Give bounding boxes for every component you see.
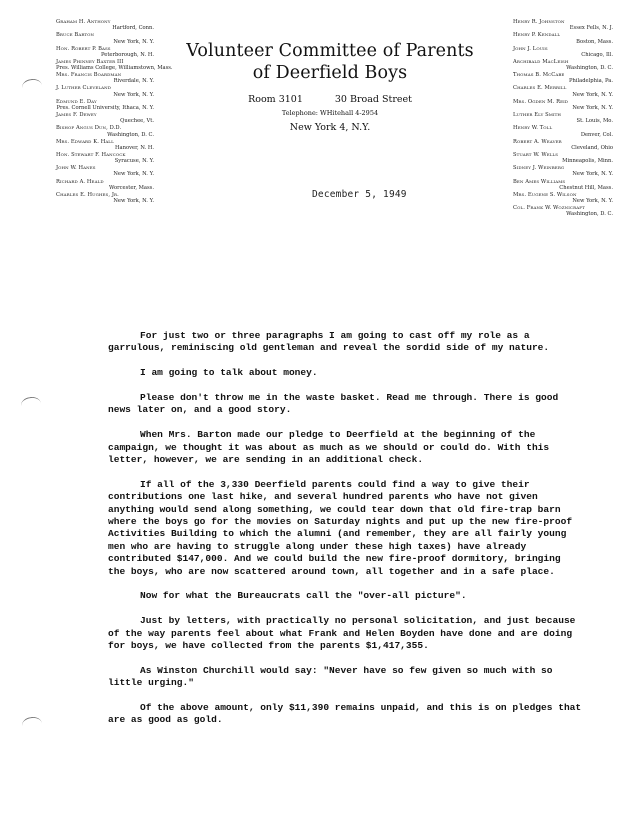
committee-member: John W. HanesNew York, N. Y. [56,165,154,177]
member-place: Boston, Mass. [513,39,613,45]
committee-member: Thomas B. McCabePhiladelphia, Pa. [513,72,613,84]
letterhead-telephone: Telephone: WHitehall 4-2954 [170,109,490,117]
member-place: Cleveland, Ohio [513,145,613,151]
committee-member: Mrs. Edward K. HallHanover, N. H. [56,139,154,151]
member-place: Quechee, Vt. [56,118,154,124]
body-paragraph: Please don't throw me in the waste baske… [108,392,583,417]
member-place: Washington, D. C. [513,65,613,71]
body-paragraph: For just two or three paragraphs I am go… [108,330,583,355]
member-place: Peterborough, N. H. [56,52,154,58]
member-place: Hanover, N. H. [56,145,154,151]
committee-member: J. Luther ClevelandNew York, N. Y. [56,85,154,97]
member-place: New York, N. Y. [513,171,613,177]
punch-hole-arc-top [21,78,43,96]
member-place: Washington, D. C. [56,132,154,138]
committee-member: Henry W. TollDenver, Col. [513,125,613,137]
committee-member: James Phinney Baxter IIIPres. Williams C… [56,59,154,71]
committee-member: Graham H. AnthonyHartford, Conn. [56,19,154,31]
committee-member: Col. Frank W. WoznicraftWashington, D. C… [513,205,613,217]
body-paragraph: I am going to talk about money. [108,367,583,379]
member-place: New York, N. Y. [56,171,154,177]
committee-member: James F. DeweyQuechee, Vt. [56,112,154,124]
body-paragraph: Of the above amount, only $11,390 remain… [108,702,583,727]
body-paragraph: As Winston Churchill would say: "Never h… [108,665,583,690]
committee-member: Archibald MacLeishWashington, D. C. [513,59,613,71]
member-place: Chestnut Hill, Mass. [513,185,613,191]
letterhead-city: New York 4, N.Y. [170,122,490,133]
member-place: New York, N. Y. [513,92,613,98]
body-paragraph: If all of the 3,330 Deerfield parents co… [108,479,583,578]
letterhead-room: Room 3101 [248,94,303,105]
member-place: New York, N. Y. [56,39,154,45]
body-paragraph: When Mrs. Barton made our pledge to Deer… [108,429,583,466]
letterhead-title-line-1: Volunteer Committee of Parents [170,40,490,62]
committee-member: Richard A. HealdWorcester, Mass. [56,179,154,191]
member-place: New York, N. Y. [56,198,154,204]
committee-member: Stuart W. WellsMinneapolis, Minn. [513,152,613,164]
member-place: St. Louis, Mo. [513,118,613,124]
member-place: Riverdale, N. Y. [56,78,154,84]
committee-member: John J. LouisChicago, Ill. [513,46,613,58]
committee-member: Hon. Robert P. BassPeterborough, N. H. [56,46,154,58]
member-place: Philadelphia, Pa. [513,78,613,84]
committee-member: Hon. Stewart F. HancockSyracuse, N. Y. [56,152,154,164]
committee-member: Mrs. Ogden M. ReidNew York, N. Y. [513,99,613,111]
committee-member: Henry P. KendallBoston, Mass. [513,32,613,44]
member-place: New York, N. Y. [513,198,613,204]
committee-member: Sidney J. WeinbergNew York, N. Y. [513,165,613,177]
punch-hole-arc-middle [20,396,42,414]
member-place: Pres. Williams College, Williamstown, Ma… [56,65,154,71]
body-paragraph: Now for what the Bureaucrats call the "o… [108,590,583,602]
committee-member: Robert A. WeaverCleveland, Ohio [513,139,613,151]
committee-member: Edmund E. DayPres. Cornell University, I… [56,99,154,111]
letterhead-street: 30 Broad Street [335,94,412,105]
member-place: Denver, Col. [513,132,613,138]
member-place: Washington, D. C. [513,211,613,217]
letter-page: Graham H. AnthonyHartford, Conn.Bruce Ba… [0,0,640,828]
committee-member: Charles E. Hughes, Jr.New York, N. Y. [56,192,154,204]
letter-date: December 5, 1949 [312,189,407,200]
member-place: Hartford, Conn. [56,25,154,31]
committee-member: Mrs. Eugene S. WilsonNew York, N. Y. [513,192,613,204]
committee-member: Mrs. Francis BoardmanRiverdale, N. Y. [56,72,154,84]
member-place: New York, N. Y. [56,92,154,98]
committee-member: Henry R. JohnstonEssex Fells, N. J. [513,19,613,31]
member-place: Chicago, Ill. [513,52,613,58]
committee-member: Ben Ames WilliamsChestnut Hill, Mass. [513,179,613,191]
committee-list-right: Henry R. JohnstonEssex Fells, N. J.Henry… [513,19,613,218]
member-place: New York, N. Y. [513,105,613,111]
committee-member: Bruce BartonNew York, N. Y. [56,32,154,44]
committee-member: Bishop Angus Dun, D.D.Washington, D. C. [56,125,154,137]
member-place: Syracuse, N. Y. [56,158,154,164]
member-place: Worcester, Mass. [56,185,154,191]
member-place: Essex Fells, N. J. [513,25,613,31]
letterhead-address-row: Room 3101 30 Broad Street [170,94,490,105]
letterhead-title-line-2: of Deerfield Boys [170,62,490,84]
committee-member: Luther Ely SmithSt. Louis, Mo. [513,112,613,124]
member-place: Pres. Cornell University, Ithaca, N. Y. [56,105,154,111]
letterhead: Volunteer Committee of Parents of Deerfi… [170,40,490,133]
committee-member: Charles E. MerrillNew York, N. Y. [513,85,613,97]
punch-hole-arc-bottom [21,716,43,734]
body-paragraph: Just by letters, with practically no per… [108,615,583,652]
member-place: Minneapolis, Minn. [513,158,613,164]
letter-body: For just two or three paragraphs I am go… [108,330,583,739]
committee-list-left: Graham H. AnthonyHartford, Conn.Bruce Ba… [56,19,154,205]
